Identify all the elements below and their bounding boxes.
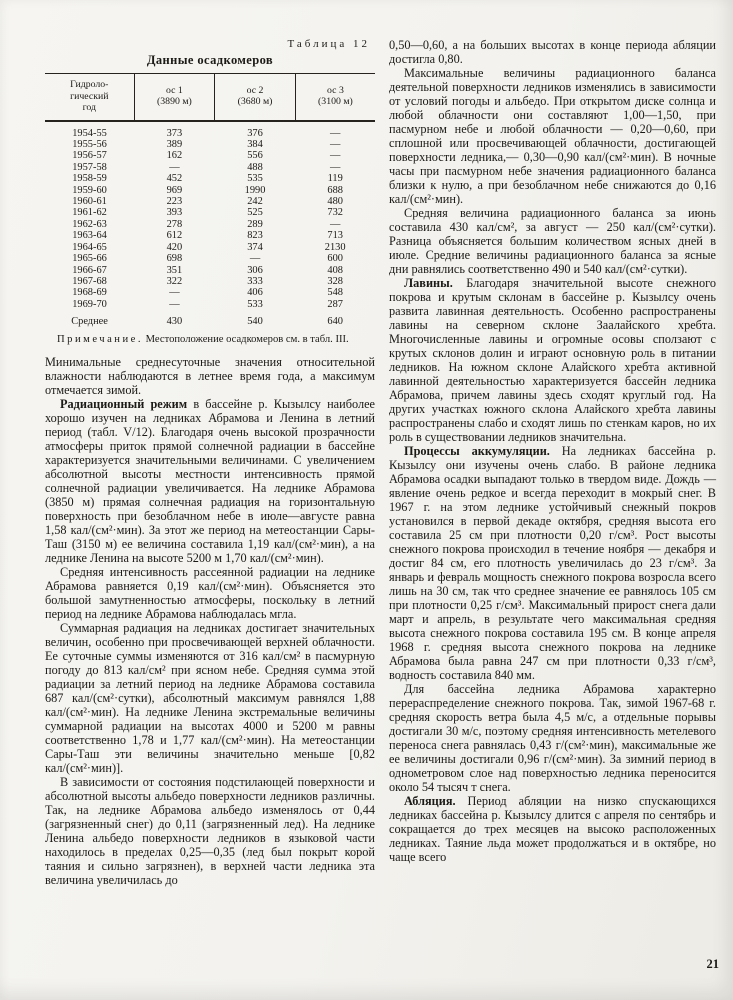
table-row: 1963-64612823713: [45, 230, 375, 241]
value-cell: 480: [295, 196, 375, 207]
year-cell: 1958-59: [45, 173, 134, 184]
value-cell: 713: [295, 230, 375, 241]
table-row: 1957-58—488—: [45, 162, 375, 173]
table-head: Гидроло-гическийгодос 1(3890 м)ос 2(3680…: [45, 74, 375, 121]
table-note: Примечание. Местоположение осадкомеров с…: [45, 334, 375, 346]
table-col-header: ос 3(3100 м): [295, 74, 375, 121]
value-cell: —: [295, 219, 375, 230]
year-cell: 1964-65: [45, 242, 134, 253]
paragraph: Радиационный режим в бассейне р. Кызылсу…: [45, 397, 375, 565]
paragraph: Для бассейна ледника Абрамова характерно…: [389, 682, 716, 794]
value-cell: 384: [215, 139, 296, 150]
value-cell: 408: [295, 265, 375, 276]
table-title: Данные осадкомеров: [45, 53, 375, 68]
table-row: 1960-61223242480: [45, 196, 375, 207]
value-cell: 969: [134, 185, 215, 196]
value-cell: —: [134, 299, 215, 310]
value-cell: 289: [215, 219, 296, 230]
year-cell: 1969-70: [45, 299, 134, 310]
run-in-heading: Абляция.: [404, 794, 456, 808]
year-cell: 1954-55: [45, 121, 134, 139]
paragraph: 0,50—0,60, а на больших высотах в конце …: [389, 38, 716, 66]
value-cell: 223: [134, 196, 215, 207]
year-cell: 1967-68: [45, 276, 134, 287]
value-cell: 452: [134, 173, 215, 184]
paragraph: Максимальные величины радиационного бала…: [389, 66, 716, 206]
value-cell: 732: [295, 207, 375, 218]
year-cell: 1965-66: [45, 253, 134, 264]
right-column: 0,50—0,60, а на больших высотах в конце …: [389, 38, 716, 887]
value-cell: —: [134, 162, 215, 173]
left-column-text: Минимальные среднесуточные значения отно…: [45, 355, 375, 887]
value-cell: 389: [134, 139, 215, 150]
table-row: 1962-63278289—: [45, 219, 375, 230]
year-cell: 1961-62: [45, 207, 134, 218]
value-cell: 525: [215, 207, 296, 218]
value-cell: 612: [134, 230, 215, 241]
scanned-book-page: Таблица 12 Данные осадкомеров Гидроло-ги…: [0, 0, 733, 1000]
value-cell: 351: [134, 265, 215, 276]
year-cell: Среднее: [45, 310, 134, 329]
value-cell: 556: [215, 150, 296, 161]
value-cell: 640: [295, 310, 375, 329]
run-in-heading: Радиационный режим: [60, 397, 187, 411]
precipitation-table-block: Таблица 12 Данные осадкомеров Гидроло-ги…: [45, 38, 375, 346]
page-number: 21: [707, 957, 720, 972]
value-cell: 688: [295, 185, 375, 196]
value-cell: 1990: [215, 185, 296, 196]
year-cell: 1960-61: [45, 196, 134, 207]
table-row: 1959-609691990688: [45, 185, 375, 196]
table-col-header: Гидроло-гическийгод: [45, 74, 134, 121]
value-cell: 600: [295, 253, 375, 264]
year-cell: 1966-67: [45, 265, 134, 276]
table-body: 1954-55373376—1955-56389384—1956-5716255…: [45, 121, 375, 311]
paragraph: Минимальные среднесуточные значения отно…: [45, 355, 375, 397]
year-cell: 1962-63: [45, 219, 134, 230]
table-row: 1969-70—533287: [45, 299, 375, 310]
table-row: 1955-56389384—: [45, 139, 375, 150]
year-cell: 1959-60: [45, 185, 134, 196]
left-column: Таблица 12 Данные осадкомеров Гидроло-ги…: [45, 38, 375, 887]
value-cell: 406: [215, 287, 296, 298]
value-cell: —: [295, 150, 375, 161]
year-cell: 1957-58: [45, 162, 134, 173]
value-cell: 287: [295, 299, 375, 310]
table-note-label: Примечание.: [57, 334, 143, 345]
value-cell: 548: [295, 287, 375, 298]
value-cell: 698: [134, 253, 215, 264]
precipitation-table: Гидроло-гическийгодос 1(3890 м)ос 2(3680…: [45, 73, 375, 330]
table-row: 1965-66698—600: [45, 253, 375, 264]
paragraph: Средняя интенсивность рассеянной радиаци…: [45, 565, 375, 621]
value-cell: 393: [134, 207, 215, 218]
value-cell: 2130: [295, 242, 375, 253]
value-cell: 430: [134, 310, 215, 329]
value-cell: 823: [215, 230, 296, 241]
table-row: 1966-67351306408: [45, 265, 375, 276]
value-cell: 242: [215, 196, 296, 207]
value-cell: 333: [215, 276, 296, 287]
right-column-text: 0,50—0,60, а на больших высотах в конце …: [389, 38, 716, 864]
table-note-text: Местоположение осадкомеров см. в табл. I…: [146, 334, 349, 345]
table-col-header: ос 1(3890 м): [134, 74, 215, 121]
value-cell: —: [134, 287, 215, 298]
value-cell: 162: [134, 150, 215, 161]
value-cell: 278: [134, 219, 215, 230]
year-cell: 1968-69: [45, 287, 134, 298]
table-row: 1958-59452535119: [45, 173, 375, 184]
year-cell: 1963-64: [45, 230, 134, 241]
value-cell: 533: [215, 299, 296, 310]
two-column-layout: Таблица 12 Данные осадкомеров Гидроло-ги…: [45, 38, 716, 887]
value-cell: 376: [215, 121, 296, 139]
paragraph: Средняя величина радиационного баланса з…: [389, 206, 716, 276]
value-cell: 306: [215, 265, 296, 276]
table-row: 1967-68322333328: [45, 276, 375, 287]
table-header-row: Гидроло-гическийгодос 1(3890 м)ос 2(3680…: [45, 74, 375, 121]
table-row: Среднее430540640: [45, 310, 375, 329]
table-row: 1956-57162556—: [45, 150, 375, 161]
year-cell: 1955-56: [45, 139, 134, 150]
value-cell: 488: [215, 162, 296, 173]
table-col-header: ос 2(3680 м): [215, 74, 296, 121]
value-cell: —: [295, 121, 375, 139]
table-row: 1961-62393525732: [45, 207, 375, 218]
value-cell: 374: [215, 242, 296, 253]
value-cell: 119: [295, 173, 375, 184]
table-row: 1954-55373376—: [45, 121, 375, 139]
run-in-heading: Процессы аккумуляции.: [404, 444, 550, 458]
value-cell: —: [295, 139, 375, 150]
value-cell: —: [215, 253, 296, 264]
paragraph: Лавины. Благодаря значительной высоте сн…: [389, 276, 716, 444]
paragraph: Процессы аккумуляции. На ледниках бассей…: [389, 444, 716, 682]
value-cell: 322: [134, 276, 215, 287]
value-cell: 328: [295, 276, 375, 287]
run-in-heading: Лавины.: [404, 276, 453, 290]
value-cell: 420: [134, 242, 215, 253]
year-cell: 1956-57: [45, 150, 134, 161]
value-cell: —: [295, 162, 375, 173]
value-cell: 535: [215, 173, 296, 184]
paragraph: Абляция. Период абляции на низко спускаю…: [389, 794, 716, 864]
value-cell: 373: [134, 121, 215, 139]
table-caption: Таблица 12: [45, 38, 375, 50]
paragraph: В зависимости от состояния подстилающей …: [45, 775, 375, 887]
value-cell: 540: [215, 310, 296, 329]
table-row: 1964-654203742130: [45, 242, 375, 253]
paragraph: Суммарная радиация на ледниках достигает…: [45, 621, 375, 775]
table-row: 1968-69—406548: [45, 287, 375, 298]
table-summary: Среднее430540640: [45, 310, 375, 329]
